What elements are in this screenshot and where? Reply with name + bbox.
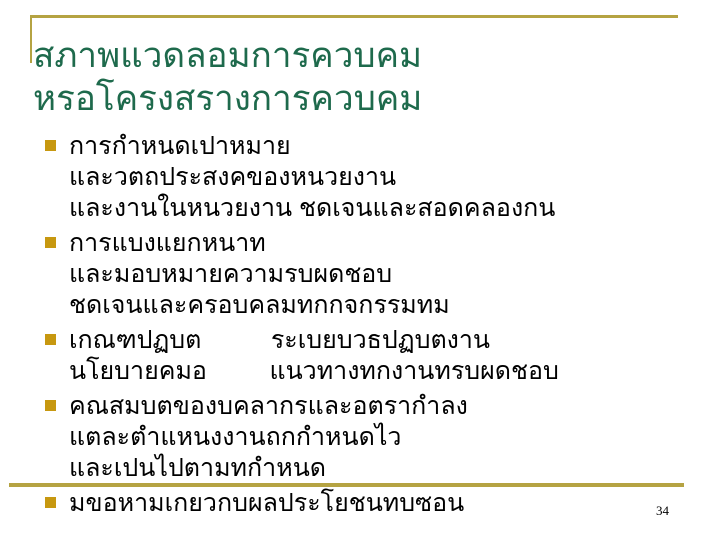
bullet-text: มขอหามเกยวกบผลประโยชนทบซอน (69, 488, 464, 519)
list-item: การกำหนดเปาหมาย และวตถประสงคของหนวยงาน แ… (45, 131, 705, 224)
square-bullet-icon (45, 237, 56, 248)
page-title: สภาพแวดลอมการควบคม หรอโครงสรางการควบคม (33, 34, 693, 120)
list-item: การแบงแยกหนาท และมอบหมายความรบผดชอบ ชดเจ… (45, 228, 705, 321)
slide-canvas: สภาพแวดลอมการควบคม หรอโครงสรางการควบคม ก… (0, 0, 720, 540)
square-bullet-icon (45, 400, 56, 411)
page-number: 34 (656, 503, 669, 519)
left-rule-divider (30, 15, 32, 63)
bullet-text: คณสมบตของบคลากรและอตรากำลง แตละตำแหนงงาน… (69, 391, 468, 484)
square-bullet-icon (45, 140, 56, 151)
square-bullet-icon (45, 497, 56, 508)
top-rule-divider (30, 15, 678, 18)
square-bullet-icon (45, 334, 56, 345)
bullet-text: การกำหนดเปาหมาย และวตถประสงคของหนวยงาน แ… (69, 131, 555, 224)
list-item: มขอหามเกยวกบผลประโยชนทบซอน (45, 488, 705, 519)
bullet-text: เกณฑปฏบต ระเบยบวธปฏบตงาน นโยบายคมอ แนวทา… (69, 325, 559, 387)
list-item: คณสมบตของบคลากรและอตรากำลง แตละตำแหนงงาน… (45, 391, 705, 484)
bullet-list: การกำหนดเปาหมาย และวตถประสงคของหนวยงาน แ… (45, 131, 705, 523)
bullet-text: การแบงแยกหนาท และมอบหมายความรบผดชอบ ชดเจ… (69, 228, 450, 321)
list-item: เกณฑปฏบต ระเบยบวธปฏบตงาน นโยบายคมอ แนวทา… (45, 325, 705, 387)
